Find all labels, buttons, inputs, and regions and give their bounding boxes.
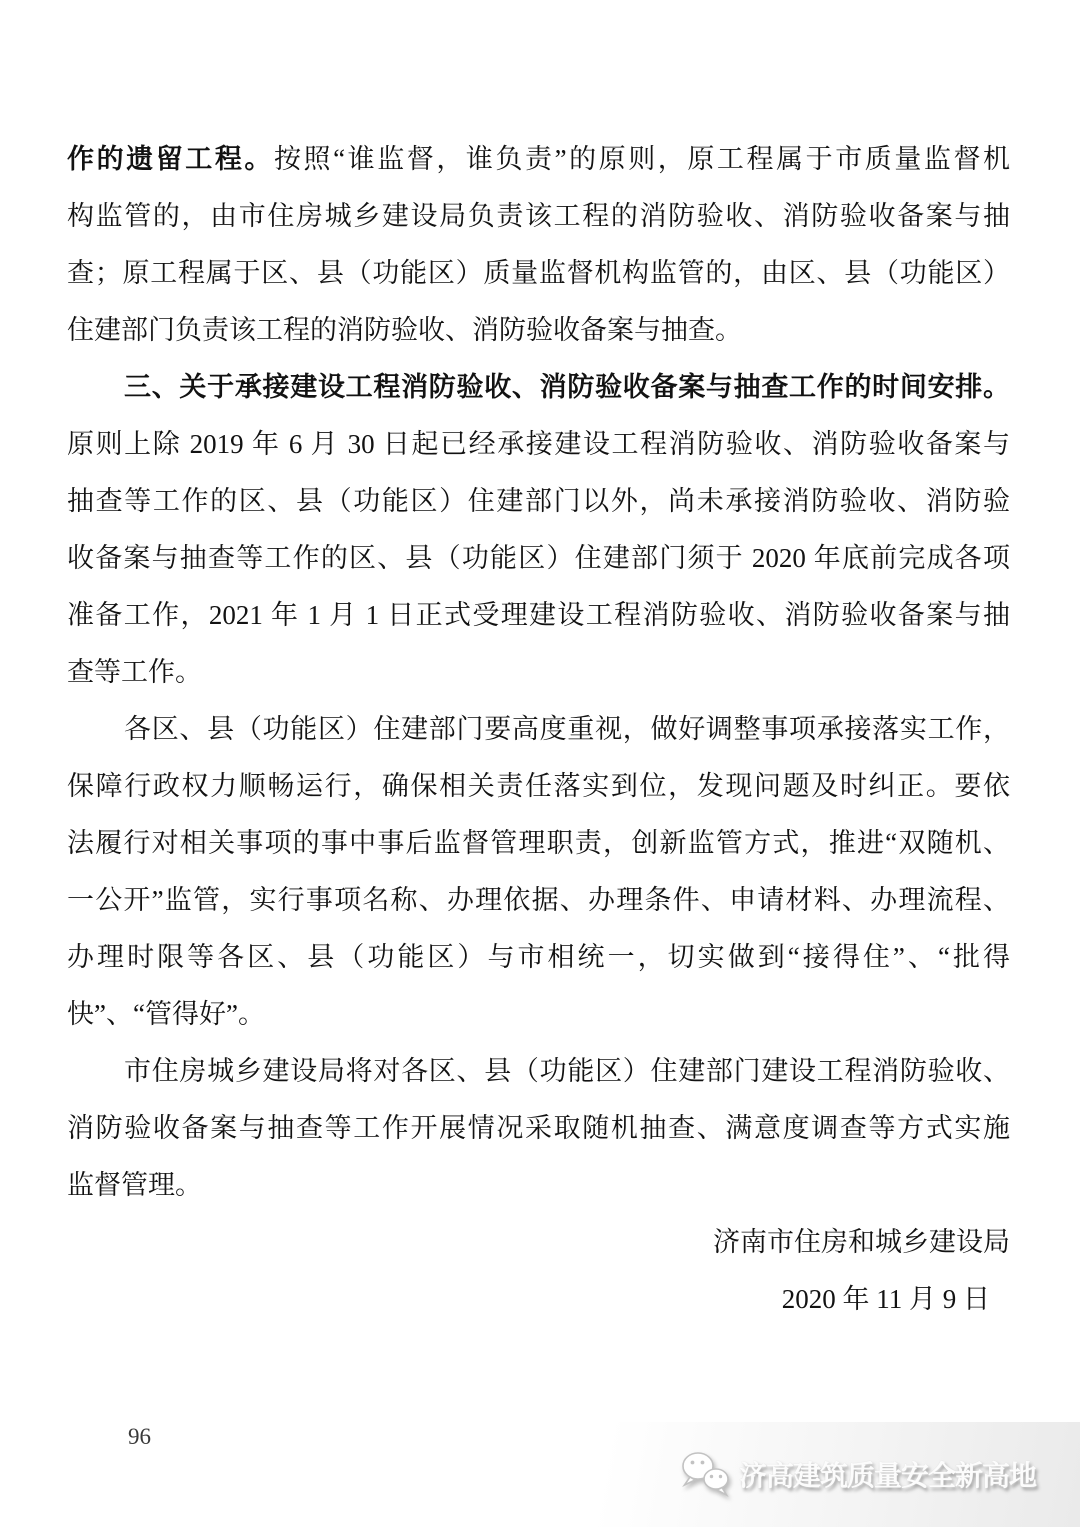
text-segment: 收备案与抽查等工作的区、县（功能区）住建部门须于 2020 年底前完成各项	[67, 543, 1010, 573]
text-segment: 按照“谁监督，谁负责”的原则，原工程属于市质量监督机	[274, 144, 1010, 174]
text-line: 抽查等工作的区、县（功能区）住建部门以外，尚未承接消防验收、消防验	[67, 473, 1010, 530]
text-line: 查等工作。	[67, 644, 1010, 701]
bold-text-segment: 作的遗留工程。	[67, 144, 274, 174]
text-line: 监督管理。	[67, 1157, 1010, 1214]
wechat-icon	[679, 1449, 733, 1499]
text-line: 作的遗留工程。按照“谁监督，谁负责”的原则，原工程属于市质量监督机	[67, 131, 1010, 188]
text-line: 各区、县（功能区）住建部门要高度重视，做好调整事项承接落实工作，	[67, 701, 1010, 758]
text-segment: 市住房城乡建设局将对各区、县（功能区）住建部门建设工程消防验收、	[124, 1056, 1010, 1086]
text-line: 查；原工程属于区、县（功能区）质量监督机构监管的，由区、县（功能区）	[67, 245, 1010, 302]
text-segment: 消防验收备案与抽查等工作开展情况采取随机抽查、满意度调查等方式实施	[67, 1113, 1010, 1143]
text-line: 收备案与抽查等工作的区、县（功能区）住建部门须于 2020 年底前完成各项	[67, 530, 1010, 587]
signature-date: 2020 年 11 月 9 日	[67, 1271, 1010, 1328]
text-segment: 保障行政权力顺畅运行，确保相关责任落实到位，发现问题及时纠正。要依	[67, 771, 1010, 801]
text-segment: 2020 年 11 月 9 日	[782, 1284, 990, 1314]
text-line: 构监管的，由市住房城乡建设局负责该工程的消防验收、消防验收备案与抽	[67, 188, 1010, 245]
text-line: 一公开”监管，实行事项名称、办理依据、办理条件、申请材料、办理流程、	[67, 872, 1010, 929]
text-segment: 抽查等工作的区、县（功能区）住建部门以外，尚未承接消防验收、消防验	[67, 486, 1010, 516]
document-body: 作的遗留工程。按照“谁监督，谁负责”的原则，原工程属于市质量监督机构监管的，由市…	[67, 131, 1010, 1328]
text-line: 准备工作，2021 年 1 月 1 日正式受理建设工程消防验收、消防验收备案与抽	[67, 587, 1010, 644]
text-segment: 快”、“管得好”。	[67, 999, 265, 1029]
signature-org: 济南市住房和城乡建设局	[67, 1214, 1010, 1271]
text-segment: 一公开”监管，实行事项名称、办理依据、办理条件、申请材料、办理流程、	[67, 885, 1010, 915]
bold-text-segment: 三、关于承接建设工程消防验收、消防验收备案与抽查工作的时间安排。	[124, 372, 1010, 402]
text-line: 办理时限等各区、县（功能区）与市相统一，切实做到“接得住”、“批得	[67, 929, 1010, 986]
text-line: 法履行对相关事项的事中事后监督管理职责，创新监管方式，推进“双随机、	[67, 815, 1010, 872]
text-segment: 监督管理。	[67, 1170, 202, 1200]
account-watermark: 济高建筑质量安全新高地	[679, 1449, 1036, 1499]
text-segment: 住建部门负责该工程的消防验收、消防验收备案与抽查。	[67, 315, 742, 345]
text-line: 住建部门负责该工程的消防验收、消防验收备案与抽查。	[67, 302, 1010, 359]
text-segment: 法履行对相关事项的事中事后监督管理职责，创新监管方式，推进“双随机、	[67, 828, 1010, 858]
text-line: 市住房城乡建设局将对各区、县（功能区）住建部门建设工程消防验收、	[67, 1043, 1010, 1100]
text-segment: 济南市住房和城乡建设局	[713, 1227, 1010, 1257]
text-line: 消防验收备案与抽查等工作开展情况采取随机抽查、满意度调查等方式实施	[67, 1100, 1010, 1157]
text-segment: 准备工作，2021 年 1 月 1 日正式受理建设工程消防验收、消防验收备案与抽	[67, 600, 1010, 630]
text-segment: 查等工作。	[67, 657, 202, 687]
text-segment: 原则上除 2019 年 6 月 30 日起已经承接建设工程消防验收、消防验收备案…	[67, 429, 1010, 459]
text-segment: 查；原工程属于区、县（功能区）质量监督机构监管的，由区、县（功能区）	[67, 258, 1010, 288]
text-segment: 办理时限等各区、县（功能区）与市相统一，切实做到“接得住”、“批得	[67, 942, 1010, 972]
text-line: 原则上除 2019 年 6 月 30 日起已经承接建设工程消防验收、消防验收备案…	[67, 416, 1010, 473]
text-line: 快”、“管得好”。	[67, 986, 1010, 1043]
text-line: 三、关于承接建设工程消防验收、消防验收备案与抽查工作的时间安排。	[67, 359, 1010, 416]
text-segment: 各区、县（功能区）住建部门要高度重视，做好调整事项承接落实工作，	[124, 714, 1010, 744]
watermark-text: 济高建筑质量安全新高地	[739, 1454, 1036, 1494]
text-segment: 构监管的，由市住房城乡建设局负责该工程的消防验收、消防验收备案与抽	[67, 201, 1010, 231]
page-number: 96	[128, 1422, 151, 1452]
document-page: 作的遗留工程。按照“谁监督，谁负责”的原则，原工程属于市质量监督机构监管的，由市…	[0, 0, 1080, 1527]
text-line: 保障行政权力顺畅运行，确保相关责任落实到位，发现问题及时纠正。要依	[67, 758, 1010, 815]
